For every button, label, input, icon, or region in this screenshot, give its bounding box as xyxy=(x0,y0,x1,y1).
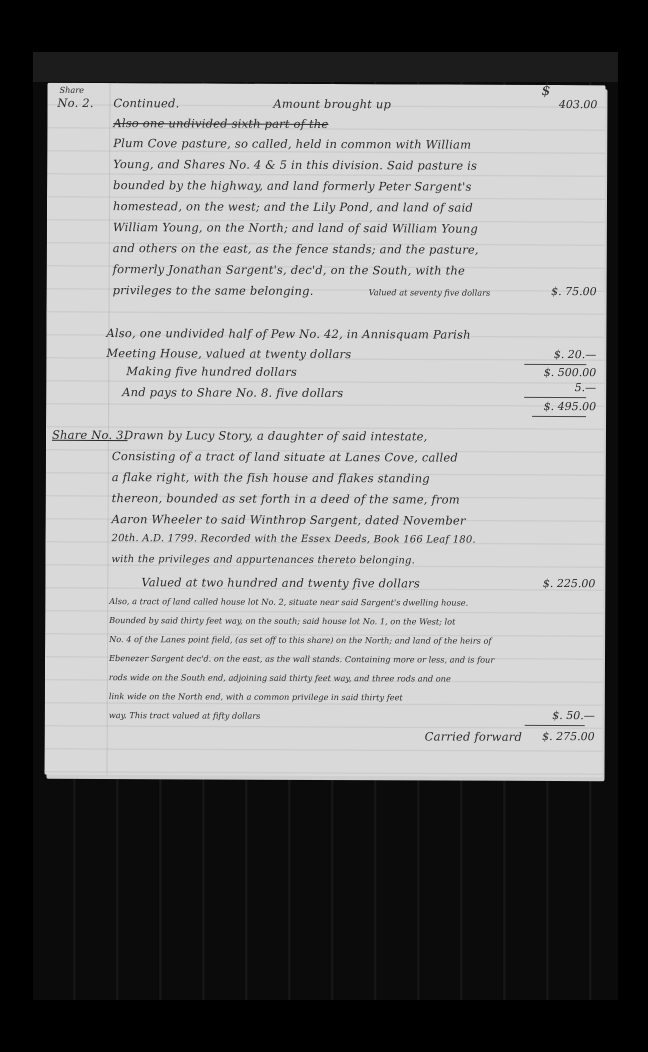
sum-rule xyxy=(524,364,586,365)
pew-amount: $. 20.— xyxy=(554,348,597,361)
pew-line-1: Meeting House, valued at twenty dollars xyxy=(106,346,351,361)
pays-line: And pays to Share No. 8. five dollars xyxy=(122,385,343,400)
share3-line-3: thereon, bounded as set forth in a deed … xyxy=(112,491,460,507)
brought-up-label: Amount brought up xyxy=(273,97,391,112)
share2-valuation: Valued at seventy five dollars xyxy=(369,287,491,298)
net-amount: $. 495.00 xyxy=(544,400,597,413)
share2-line-4: homestead, on the west; and the Lily Pon… xyxy=(113,199,473,215)
house-lot-line-6: way. This tract valued at fifty dollars xyxy=(109,710,261,721)
pays-amount: 5.— xyxy=(575,381,597,394)
share3-line-2: a flake right, with the fish house and f… xyxy=(112,470,430,485)
house-lot-line-4: rods wide on the South end, adjoining sa… xyxy=(109,672,451,683)
house-lot-line-5: link wide on the North end, with a commo… xyxy=(109,691,403,702)
share3-line-5: 20th. A.D. 1799. Recorded with the Essex… xyxy=(112,533,476,546)
binding-shadow xyxy=(33,52,618,82)
currency-mark: $ xyxy=(541,83,550,99)
ledger-page: Share No. 2. Continued. Amount brought u… xyxy=(44,83,605,777)
share3-label: Share No. 3. xyxy=(52,428,128,442)
house-lot-line-0: Also, a tract of land called house lot N… xyxy=(109,596,468,608)
pew-line-0: Also, one undivided half of Pew No. 42, … xyxy=(106,326,470,342)
share3-valuation-amount: $. 225.00 xyxy=(543,577,596,590)
share3-line-6: with the privileges and appurtenances th… xyxy=(111,554,415,566)
share2-valuation-amount: $. 75.00 xyxy=(551,285,597,298)
making-amount: $. 500.00 xyxy=(544,366,597,379)
brought-up-amount: 403.00 xyxy=(559,98,598,111)
share2-line-7: formerly Jonathan Sargent's, dec'd, on t… xyxy=(113,262,465,278)
share-label: Share xyxy=(59,85,84,95)
house-lot-amount: $. 50.— xyxy=(552,709,595,722)
share-number: No. 2. xyxy=(57,96,93,110)
share3-valuation: Valued at two hundred and twenty five do… xyxy=(141,575,420,590)
share3-line-4: Aaron Wheeler to said Winthrop Sargent, … xyxy=(112,512,466,528)
share2-line-0: Also one undivided sixth part of the xyxy=(113,116,328,131)
carried-forward-label: Carried forward xyxy=(425,729,522,743)
share2-line-2: Young, and Shares No. 4 & 5 in this divi… xyxy=(113,157,477,173)
house-lot-line-1: Bounded by said thirty feet way, on the … xyxy=(109,615,455,627)
carried-forward-amount: $. 275.00 xyxy=(542,730,595,743)
share3-line-1: Consisting of a tract of land situate at… xyxy=(112,449,458,465)
share3-line-0: Drawn by Lucy Story, a daughter of said … xyxy=(124,428,428,443)
making-line: Making five hundred dollars xyxy=(126,364,297,379)
share2-line-3: bounded by the highway, and land formerl… xyxy=(113,178,472,194)
continued-label: Continued. xyxy=(113,96,179,110)
house-lot-line-2: No. 4 of the Lanes point field, (as set … xyxy=(109,634,491,646)
forward-rule xyxy=(525,725,585,726)
share2-line-1: Plum Cove pasture, so called, held in co… xyxy=(113,136,471,152)
net-rule xyxy=(524,397,586,398)
share2-line-8: privileges to the same belonging. xyxy=(113,283,314,298)
net-underline xyxy=(532,416,586,417)
share2-line-5: William Young, on the North; and land of… xyxy=(113,220,478,236)
share2-line-6: and others on the east, as the fence sta… xyxy=(113,241,479,257)
house-lot-line-3: Ebenezer Sargent dec'd. on the east, as … xyxy=(109,653,494,665)
